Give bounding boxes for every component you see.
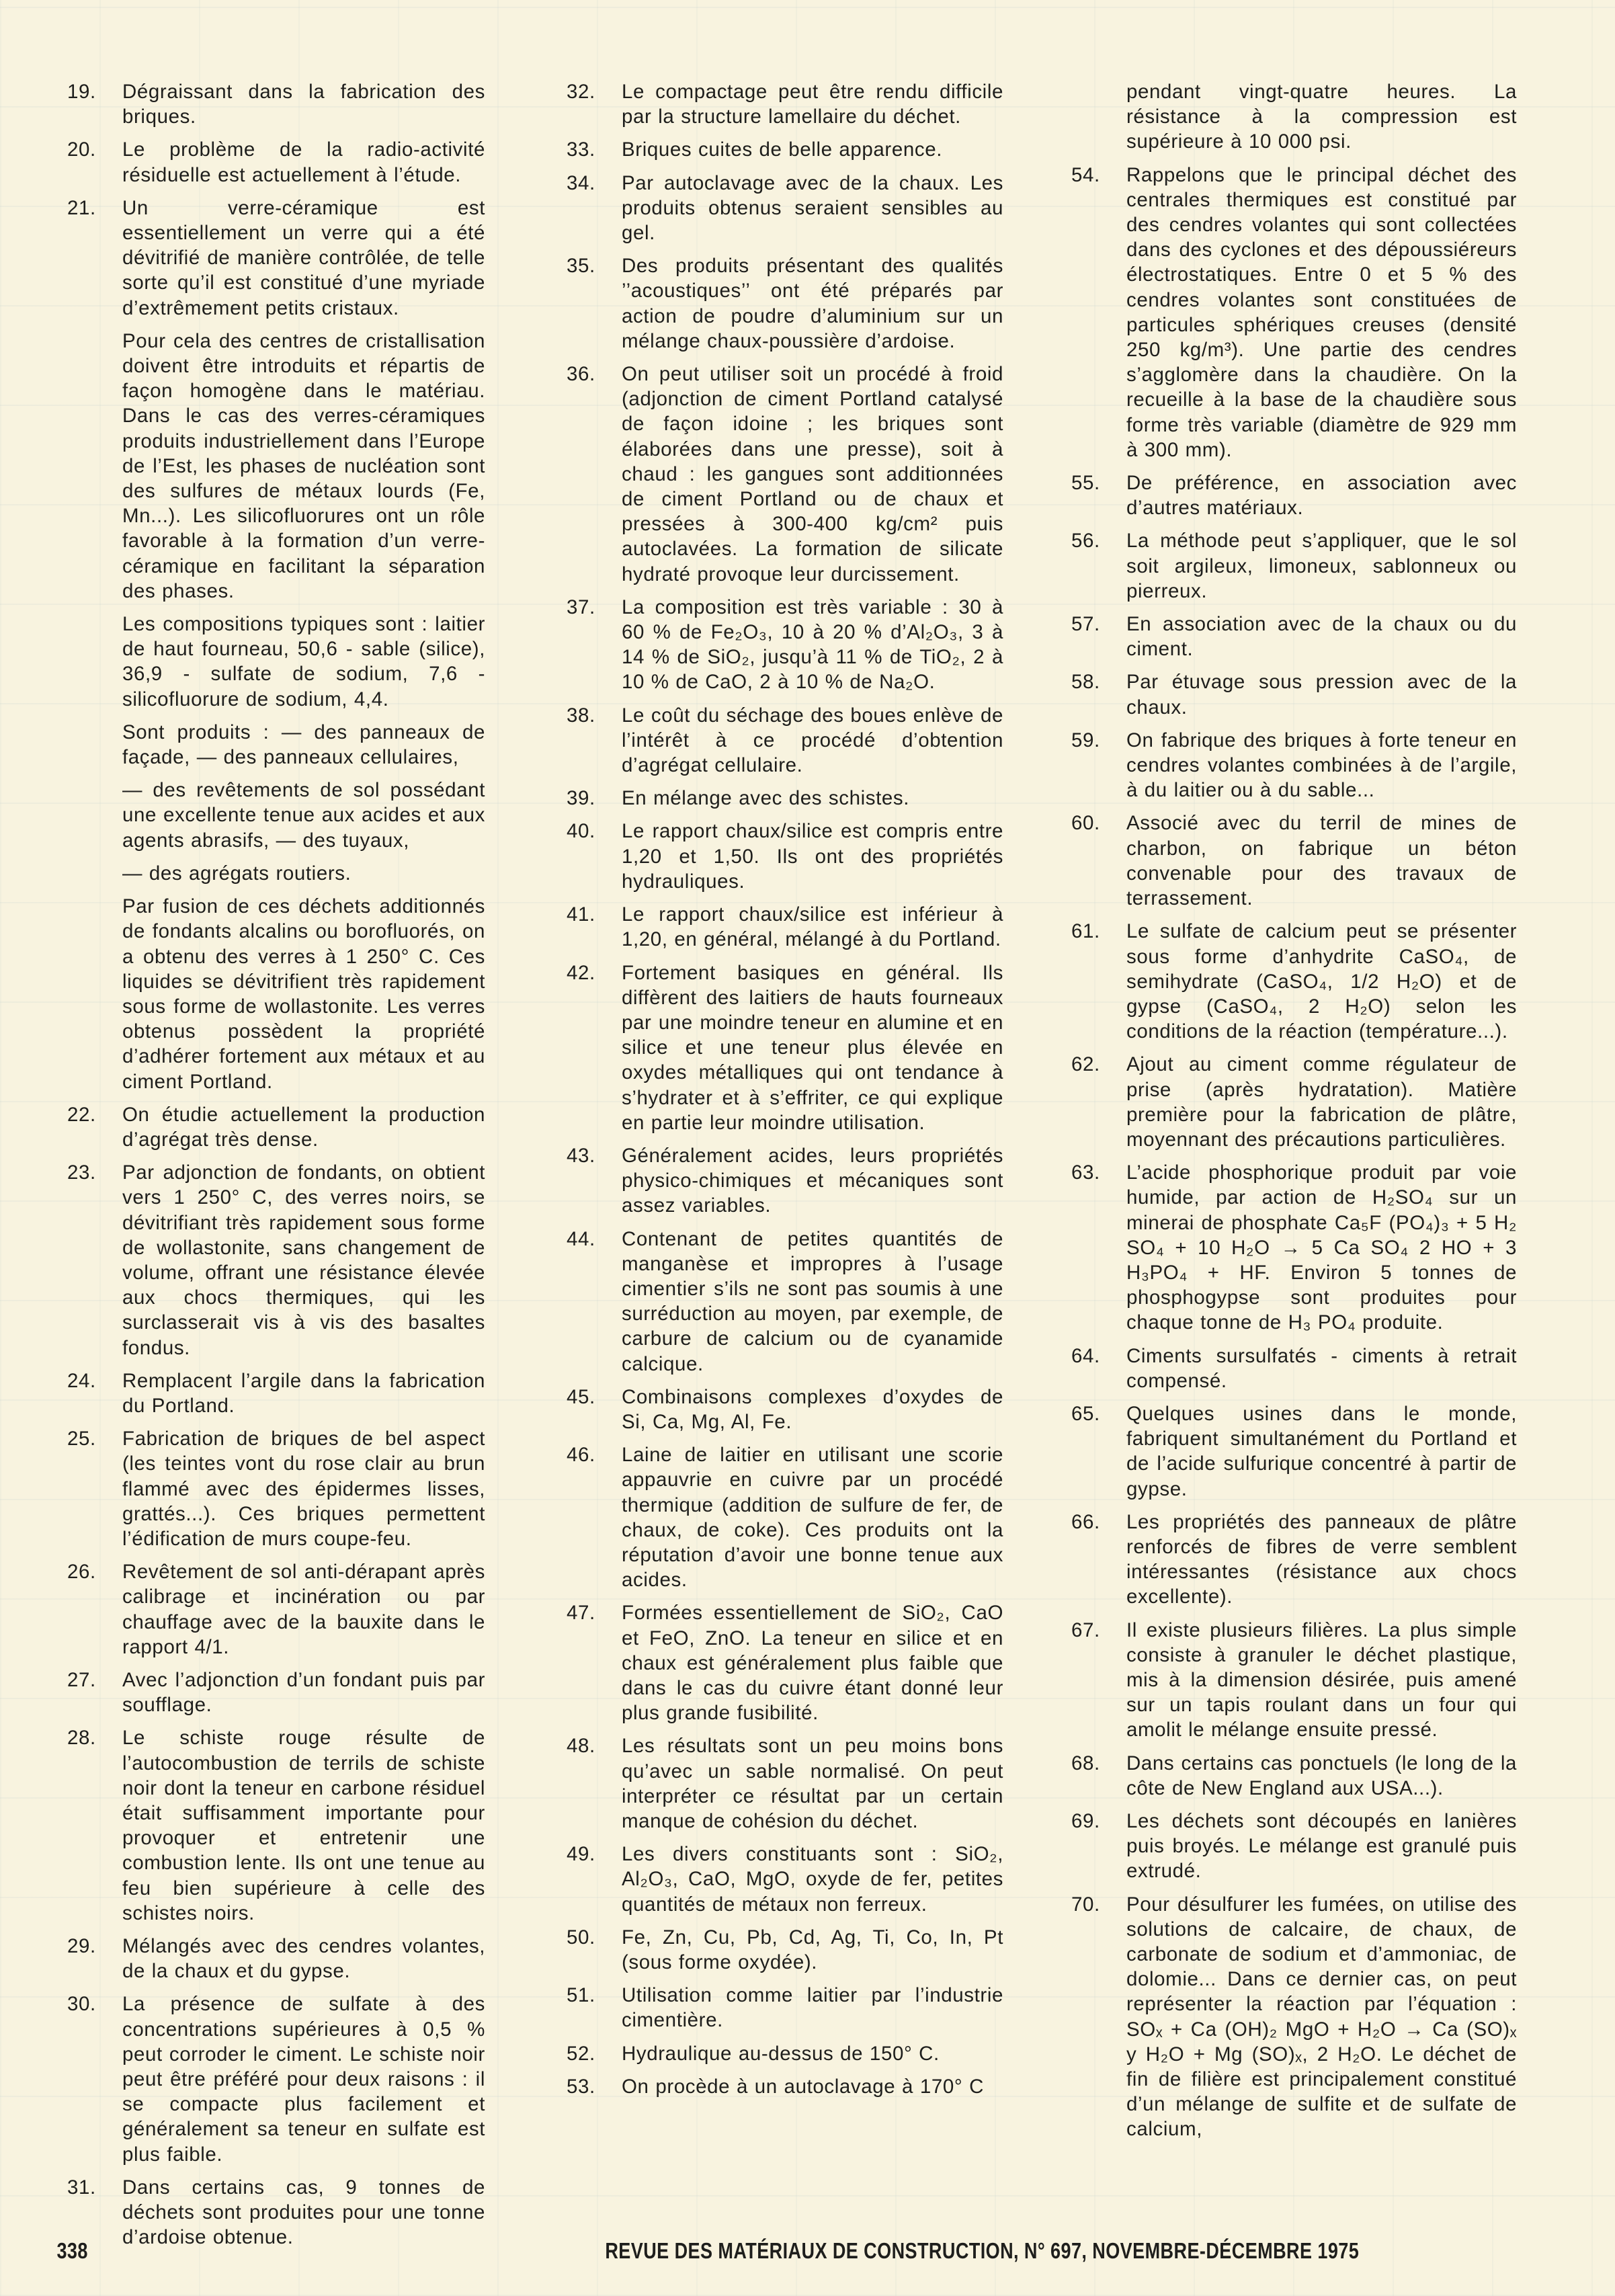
note-number: 47. [567, 1600, 614, 1625]
note-item: 41.Le rapport chaux/silice est inférieur… [567, 902, 1003, 952]
note-number: 42. [567, 960, 614, 985]
note-item: 30.La présence de sulfate à des concentr… [67, 1992, 485, 2166]
note-number: 36. [567, 362, 614, 386]
note-text: Combinaisons complexes d’oxydes de Si, C… [622, 1385, 1003, 1434]
column-2: 32.Le compactage peut être rendu diffici… [567, 79, 1003, 2107]
note-item: 47.Formées essentiellement de SiO₂, CaO … [567, 1600, 1003, 1725]
note-text: — des agrégats routiers. [122, 861, 485, 886]
note-text: Le coût du séchage des boues enlève de l… [622, 703, 1003, 778]
note-number: 24. [67, 1368, 114, 1393]
note-text: Contenant de petites quantités de mangan… [622, 1227, 1003, 1377]
note-item: 46.Laine de laitier en utilisant une sco… [567, 1442, 1003, 1592]
note-item: 63.L’acide phosphorique produit par voie… [1071, 1160, 1517, 1335]
note-text: Pour cela des centres de cristallisation… [122, 329, 485, 604]
note-text: Hydraulique au-dessus de 150° C. [622, 2041, 1003, 2066]
note-item: 25.Fabrication de briques de bel aspect … [67, 1426, 485, 1551]
note-item: 27.Avec l’adjonction d’un fondant puis p… [67, 1668, 485, 1717]
note-text: Des produits présentant des qualités ’’a… [622, 253, 1003, 354]
note-item: 35.Des produits présentant des qualités … [567, 253, 1003, 354]
note-item: 61.Le sulfate de calcium peut se présent… [1071, 919, 1517, 1044]
note-text: Ciments sursulfatés - ciments à retrait … [1126, 1344, 1517, 1393]
note-number: 52. [567, 2041, 614, 2066]
note-text: Les déchets sont découpés en lanières pu… [1126, 1809, 1517, 1884]
note-number: 56. [1071, 528, 1118, 553]
note-number: 19. [67, 79, 114, 104]
note-number: 60. [1071, 811, 1118, 835]
note-item: 57.En association avec de la chaux ou du… [1071, 612, 1517, 661]
note-text: Généralement acides, leurs propriétés ph… [622, 1143, 1003, 1219]
note-number: 44. [567, 1227, 614, 1252]
note-number: 22. [67, 1102, 114, 1127]
note-item: 31.Dans certains cas, 9 tonnes de déchet… [67, 2175, 485, 2250]
note-text: Par autoclavage avec de la chaux. Les pr… [622, 171, 1003, 246]
note-item: 62.Ajout au ciment comme régulateur de p… [1071, 1052, 1517, 1152]
note-number: 33. [567, 137, 614, 162]
note-text: Quelques usines dans le monde, fabriquen… [1126, 1401, 1517, 1502]
note-number: 66. [1071, 1510, 1118, 1534]
note-text: Par adjonction de fondants, on obtient v… [122, 1160, 485, 1360]
note-text: Dans certains cas ponctuels (le long de … [1126, 1751, 1517, 1801]
note-item: 42.Fortement basiques en général. Ils di… [567, 960, 1003, 1135]
note-text: Fortement basiques en général. Ils diffè… [622, 960, 1003, 1135]
note-number: 70. [1071, 1892, 1118, 1917]
note-number: 25. [67, 1426, 114, 1451]
note-text: Le sulfate de calcium peut se présenter … [1126, 919, 1517, 1044]
note-item: 64.Ciments sursulfatés - ciments à retra… [1071, 1344, 1517, 1393]
note-item: 70.Pour désulfurer les fumées, on utilis… [1071, 1892, 1517, 2142]
note-number: 30. [67, 1992, 114, 2016]
note-item: 37.La composition est très variable : 30… [567, 595, 1003, 695]
note-number: 46. [567, 1442, 614, 1467]
note-item: 49.Les divers constituants sont : SiO₂, … [567, 1842, 1003, 1917]
note-number: 54. [1071, 163, 1118, 188]
note-text: Dégraissant dans la fabrication des briq… [122, 79, 485, 129]
note-text: Formées essentiellement de SiO₂, CaO et … [622, 1600, 1003, 1725]
note-text: Les résultats sont un peu moins bons qu’… [622, 1733, 1003, 1834]
note-number: 37. [567, 595, 614, 620]
note-number: 23. [67, 1160, 114, 1185]
note-item: 66.Les propriétés des panneaux de plâtre… [1071, 1510, 1517, 1610]
note-text: Revêtement de sol anti-dérapant après ca… [122, 1559, 485, 1659]
note-number: 63. [1071, 1160, 1118, 1185]
note-item: 34.Par autoclavage avec de la chaux. Les… [567, 171, 1003, 246]
note-number: 27. [67, 1668, 114, 1692]
note-text: Fabrication de briques de bel aspect (le… [122, 1426, 485, 1551]
note-text: Les divers constituants sont : SiO₂, Al₂… [622, 1842, 1003, 1917]
note-continuation: pendant vingt-quatre heures. La résistan… [1071, 79, 1517, 155]
note-item: 58.Par étuvage sous pression avec de la … [1071, 669, 1517, 719]
note-item: 40.Le rapport chaux/silice est compris e… [567, 819, 1003, 894]
note-number: 31. [67, 2175, 114, 2200]
note-number: 57. [1071, 612, 1118, 637]
note-number: 34. [567, 171, 614, 196]
note-item: 39.En mélange avec des schistes. [567, 786, 1003, 811]
note-number: 39. [567, 786, 614, 811]
note-text: De préférence, en association avec d’aut… [1126, 470, 1517, 520]
note-number: 53. [567, 2074, 614, 2099]
note-number: 28. [67, 1725, 114, 1750]
note-text: Le schiste rouge résulte de l’autocombus… [122, 1725, 485, 1926]
note-text: Les compositions typiques sont : laitier… [122, 612, 485, 712]
note-item: 24.Remplacent l’argile dans la fabricati… [67, 1368, 485, 1418]
note-item: 60.Associé avec du terril de mines de ch… [1071, 811, 1517, 911]
note-number: 67. [1071, 1618, 1118, 1643]
note-item: 26.Revêtement de sol anti-dérapant après… [67, 1559, 485, 1659]
note-number: 21. [67, 196, 114, 220]
note-text: Un verre-céramique est essentiellement u… [122, 196, 485, 321]
note-number: 55. [1071, 470, 1118, 495]
page-number: 338 [56, 2238, 87, 2264]
note-item: 21.Un verre-céramique est essentiellemen… [67, 196, 485, 1094]
note-item: 52.Hydraulique au-dessus de 150° C. [567, 2041, 1003, 2066]
note-text: Briques cuites de belle apparence. [622, 137, 1003, 162]
column-3: pendant vingt-quatre heures. La résistan… [1071, 79, 1517, 2150]
note-item: 53.On procède à un autoclavage à 170° C [567, 2074, 1003, 2099]
journal-citation: REVUE DES MATÉRIAUX DE CONSTRUCTION, N° … [605, 2238, 1359, 2264]
note-number: 69. [1071, 1809, 1118, 1834]
note-text: Le compactage peut être rendu difficile … [622, 79, 1003, 129]
note-item: 68.Dans certains cas ponctuels (le long … [1071, 1751, 1517, 1801]
note-number: 61. [1071, 919, 1118, 944]
note-number: 20. [67, 137, 114, 162]
note-item: 33.Briques cuites de belle apparence. [567, 137, 1003, 162]
note-text: La méthode peut s’appliquer, que le sol … [1126, 528, 1517, 604]
note-text: La composition est très variable : 30 à … [622, 595, 1003, 695]
note-item: 43.Généralement acides, leurs propriétés… [567, 1143, 1003, 1219]
note-text: On procède à un autoclavage à 170° C [622, 2074, 1003, 2099]
note-text: Remplacent l’argile dans la fabrication … [122, 1368, 485, 1418]
note-item: 36.On peut utiliser soit un procédé à fr… [567, 362, 1003, 587]
note-item: 20.Le problème de la radio-activité rési… [67, 137, 485, 187]
note-text: Laine de laitier en utilisant une scorie… [622, 1442, 1003, 1592]
note-text: L’acide phosphorique produit par voie hu… [1126, 1160, 1517, 1335]
note-number: 40. [567, 819, 614, 844]
note-text: On peut utiliser soit un procédé à froid… [622, 362, 1003, 587]
note-text: En mélange avec des schistes. [622, 786, 1003, 811]
note-text: Les propriétés des panneaux de plâtre re… [1126, 1510, 1517, 1610]
note-number: 26. [67, 1559, 114, 1584]
note-item: 44.Contenant de petites quantités de man… [567, 1227, 1003, 1377]
note-number: 45. [567, 1385, 614, 1409]
note-item: 50.Fe, Zn, Cu, Pb, Cd, Ag, Ti, Co, In, P… [567, 1925, 1003, 1975]
note-number: 62. [1071, 1052, 1118, 1077]
note-text: On fabrique des briques à forte teneur e… [1126, 728, 1517, 803]
note-text: Associé avec du terril de mines de charb… [1126, 811, 1517, 911]
note-number: 41. [567, 902, 614, 927]
note-item: 56.La méthode peut s’appliquer, que le s… [1071, 528, 1517, 604]
column-1: 19.Dégraissant dans la fabrication des b… [67, 79, 485, 2258]
note-item: 45.Combinaisons complexes d’oxydes de Si… [567, 1385, 1003, 1434]
note-text: Il existe plusieurs filières. La plus si… [1126, 1618, 1517, 1743]
note-text: Par fusion de ces déchets additionnés de… [122, 894, 485, 1094]
note-number: 58. [1071, 669, 1118, 694]
note-text: Avec l’adjonction d’un fondant puis par … [122, 1668, 485, 1717]
note-item: 55.De préférence, en association avec d’… [1071, 470, 1517, 520]
note-text: — des revêtements de sol possédant une e… [122, 778, 485, 853]
note-number: 65. [1071, 1401, 1118, 1426]
note-item: 23.Par adjonction de fondants, on obtien… [67, 1160, 485, 1360]
note-item: 65.Quelques usines dans le monde, fabriq… [1071, 1401, 1517, 1502]
note-number: 43. [567, 1143, 614, 1168]
note-item: 22.On étudie actuellement la production … [67, 1102, 485, 1152]
note-item: 59.On fabrique des briques à forte teneu… [1071, 728, 1517, 803]
note-item: 29.Mélangés avec des cendres volantes, d… [67, 1934, 485, 1983]
note-text: Mélangés avec des cendres volantes, de l… [122, 1934, 485, 1983]
note-number: 49. [567, 1842, 614, 1867]
note-item: 32.Le compactage peut être rendu diffici… [567, 79, 1003, 129]
note-number: 48. [567, 1733, 614, 1758]
note-text: Le rapport chaux/silice est compris entr… [622, 819, 1003, 894]
note-text: La présence de sulfate à des concentrati… [122, 1992, 485, 2166]
note-text: Pour désulfurer les fumées, on utilise d… [1126, 1892, 1517, 2142]
note-number: 35. [567, 253, 614, 278]
note-text: Utilisation comme laitier par l’industri… [622, 1983, 1003, 2033]
note-number: 50. [567, 1925, 614, 1950]
note-item: 48.Les résultats sont un peu moins bons … [567, 1733, 1003, 1834]
note-item: 54.Rappelons que le principal déchet des… [1071, 163, 1517, 462]
note-number: 32. [567, 79, 614, 104]
note-text: On étudie actuellement la production d’a… [122, 1102, 485, 1152]
note-item: 51.Utilisation comme laitier par l’indus… [567, 1983, 1003, 2033]
note-item: 38.Le coût du séchage des boues enlève d… [567, 703, 1003, 778]
note-text: Sont produits : — des panneaux de façade… [122, 720, 485, 770]
note-text: Par étuvage sous pression avec de la cha… [1126, 669, 1517, 719]
note-text: Fe, Zn, Cu, Pb, Cd, Ag, Ti, Co, In, Pt (… [622, 1925, 1003, 1975]
note-item: 28.Le schiste rouge résulte de l’autocom… [67, 1725, 485, 1926]
note-text: Dans certains cas, 9 tonnes de déchets s… [122, 2175, 485, 2250]
note-item: 69.Les déchets sont découpés en lanières… [1071, 1809, 1517, 1884]
note-text: Le rapport chaux/silice est inférieur à … [622, 902, 1003, 952]
note-number: 51. [567, 1983, 614, 2008]
note-item: 19.Dégraissant dans la fabrication des b… [67, 79, 485, 129]
note-number: 38. [567, 703, 614, 728]
note-text: En association avec de la chaux ou du ci… [1126, 612, 1517, 661]
note-number: 59. [1071, 728, 1118, 753]
note-item: 67.Il existe plusieurs filières. La plus… [1071, 1618, 1517, 1743]
note-number: 29. [67, 1934, 114, 1959]
note-number: 68. [1071, 1751, 1118, 1776]
note-number: 64. [1071, 1344, 1118, 1368]
note-text: Ajout au ciment comme régulateur de pris… [1126, 1052, 1517, 1152]
note-text: Rappelons que le principal déchet des ce… [1126, 163, 1517, 462]
note-text: Le problème de la radio-activité résidue… [122, 137, 485, 187]
